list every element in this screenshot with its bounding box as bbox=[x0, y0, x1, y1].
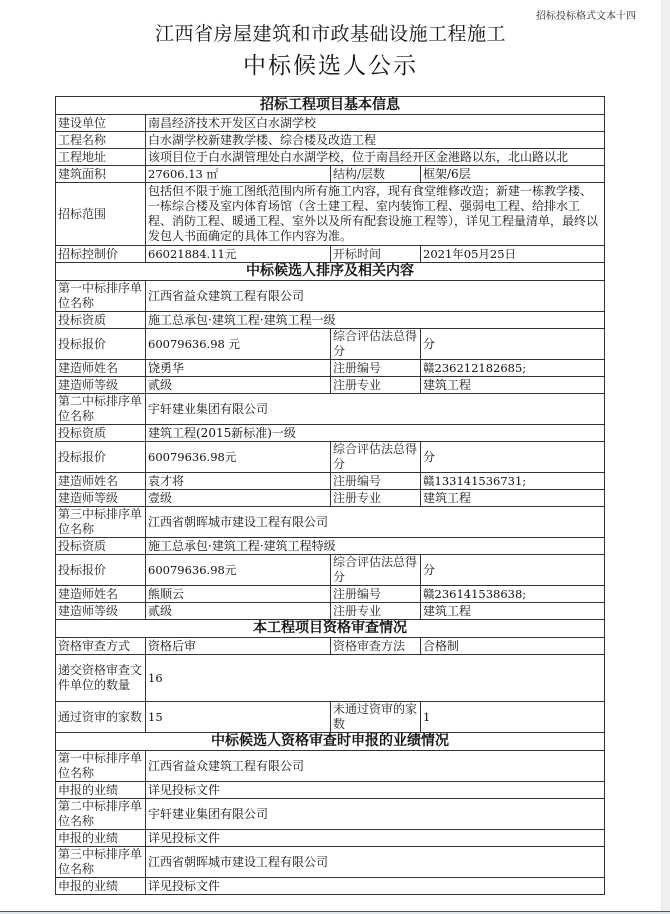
label-reg-no: 注册编号 bbox=[331, 473, 421, 490]
value-performance: 详见投标文件 bbox=[146, 878, 605, 895]
value-engineer-level: 壹级 bbox=[146, 490, 331, 507]
label-score: 综合评估法总得分 bbox=[331, 329, 421, 360]
label-performance: 申报的业绩 bbox=[56, 782, 146, 799]
table-row: 第三中标排序单位名称 江西省朝晖城市建设工程有限公司 bbox=[56, 847, 605, 878]
table-row: 递交资格审查文件单位的数量 16 bbox=[56, 655, 605, 702]
value-reg-no: 赣236212182685; bbox=[421, 360, 605, 377]
table-row: 投标资质 建筑工程(2015新标准)一级 bbox=[56, 425, 605, 442]
value-reg-major: 建筑工程 bbox=[421, 490, 605, 507]
value-company: 江西省益众建筑工程有限公司 bbox=[146, 281, 605, 312]
table-row: 申报的业绩 详见投标文件 bbox=[56, 830, 605, 847]
value-reg-major: 建筑工程 bbox=[421, 603, 605, 620]
value-engineer-name: 熊顺云 bbox=[146, 586, 331, 603]
label-performance: 申报的业绩 bbox=[56, 830, 146, 847]
value-bid-price: 60079636.98元 bbox=[146, 555, 331, 586]
label-review-method: 资格审查方式 bbox=[56, 638, 146, 655]
label-reg-major: 注册专业 bbox=[331, 603, 421, 620]
label-rank: 第三中标排序单位名称 bbox=[56, 507, 146, 538]
value-bid-price: 60079636.98元 bbox=[146, 442, 331, 473]
value-address: 该项目位于白水湖管理处白水湖学校，位于南昌经开区金港路以东，北山路以北 bbox=[146, 149, 605, 166]
value-review-method: 资格后审 bbox=[146, 638, 331, 655]
label-reg-no: 注册编号 bbox=[331, 586, 421, 603]
table-row: 建筑面积 27606.13 ㎡ 结构/层数 框架/6层 bbox=[56, 166, 605, 183]
table-row: 建设单位 南昌经济技术开发区白水湖学校 bbox=[56, 115, 605, 132]
value-review-approach: 合格制 bbox=[421, 638, 605, 655]
value-structure: 框架/6层 bbox=[421, 166, 605, 183]
value-reg-no: 赣236141538638; bbox=[421, 586, 605, 603]
label-rank: 第三中标排序单位名称 bbox=[56, 847, 146, 878]
label-project-name: 工程名称 bbox=[56, 132, 146, 149]
label-passed-count: 通过资审的家数 bbox=[56, 702, 146, 733]
label-engineer-name: 建造师姓名 bbox=[56, 473, 146, 490]
section-qualification-review: 本工程项目资格审查情况 bbox=[56, 620, 605, 638]
table-row: 资格审查方式 资格后审 资格审查方法 合格制 bbox=[56, 638, 605, 655]
table-row: 建造师等级 壹级 注册专业 建筑工程 bbox=[56, 490, 605, 507]
table-row: 第二中标排序单位名称 宇轩建业集团有限公司 bbox=[56, 799, 605, 830]
label-scope: 招标范围 bbox=[56, 183, 146, 246]
value-qualification: 施工总承包·建筑工程·建筑工程一级 bbox=[146, 312, 605, 329]
label-performance: 申报的业绩 bbox=[56, 878, 146, 895]
table-row: 第一中标排序单位名称 江西省益众建筑工程有限公司 bbox=[56, 751, 605, 782]
label-rank: 第一中标排序单位名称 bbox=[56, 281, 146, 312]
label-score: 综合评估法总得分 bbox=[331, 442, 421, 473]
value-opening-time: 2021年05月25日 bbox=[421, 246, 605, 263]
table-row: 建造师姓名 熊顺云 注册编号 赣236141538638; bbox=[56, 586, 605, 603]
section-candidates: 中标候选人排序及相关内容 bbox=[56, 263, 605, 281]
table-row: 第三中标排序单位名称 江西省朝晖城市建设工程有限公司 bbox=[56, 507, 605, 538]
label-rank: 第一中标排序单位名称 bbox=[56, 751, 146, 782]
value-reg-major: 建筑工程 bbox=[421, 377, 605, 394]
value-company: 宇轩建业集团有限公司 bbox=[146, 799, 605, 830]
table-row: 投标报价 60079636.98元 综合评估法总得分 分 bbox=[56, 442, 605, 473]
label-qualification: 投标资质 bbox=[56, 425, 146, 442]
value-qualification: 施工总承包·建筑工程·建筑工程特级 bbox=[146, 538, 605, 555]
label-bid-price: 投标报价 bbox=[56, 442, 146, 473]
label-rank: 第二中标排序单位名称 bbox=[56, 394, 146, 425]
label-rank: 第二中标排序单位名称 bbox=[56, 799, 146, 830]
value-company: 江西省益众建筑工程有限公司 bbox=[146, 751, 605, 782]
value-scope: 包括但不限于施工图纸范围内所有施工内容，现有食堂维修改造；新建一栋教学楼、一栋综… bbox=[146, 183, 605, 246]
value-score: 分 bbox=[421, 329, 605, 360]
value-passed-count: 15 bbox=[146, 702, 331, 733]
vertical-scrollbar[interactable] bbox=[661, 0, 670, 912]
section-performance: 中标候选人资格审查时申报的业绩情况 bbox=[56, 733, 605, 751]
table-row: 招标控制价 66021884.11元 开标时间 2021年05月25日 bbox=[56, 246, 605, 263]
label-opening-time: 开标时间 bbox=[331, 246, 421, 263]
label-engineer-name: 建造师姓名 bbox=[56, 360, 146, 377]
value-company: 宇轩建业集团有限公司 bbox=[146, 394, 605, 425]
table-row: 建造师等级 贰级 注册专业 建筑工程 bbox=[56, 377, 605, 394]
table-row: 申报的业绩 详见投标文件 bbox=[56, 878, 605, 895]
document-title: 江西省房屋建筑和市政基础设施工程施工 bbox=[0, 19, 661, 46]
value-submitted-count: 16 bbox=[146, 655, 605, 702]
value-control-price: 66021884.11元 bbox=[146, 246, 331, 263]
label-review-approach: 资格审查方法 bbox=[331, 638, 421, 655]
value-performance: 详见投标文件 bbox=[146, 830, 605, 847]
label-builder: 建设单位 bbox=[56, 115, 146, 132]
table-row: 第一中标排序单位名称 江西省益众建筑工程有限公司 bbox=[56, 281, 605, 312]
label-submitted-count: 递交资格审查文件单位的数量 bbox=[56, 655, 146, 702]
table-row: 申报的业绩 详见投标文件 bbox=[56, 782, 605, 799]
value-engineer-name: 袁才将 bbox=[146, 473, 331, 490]
value-engineer-level: 贰级 bbox=[146, 603, 331, 620]
label-failed-count: 未通过资审的家数 bbox=[331, 702, 421, 733]
value-engineer-name: 饶勇华 bbox=[146, 360, 331, 377]
value-score: 分 bbox=[421, 442, 605, 473]
label-reg-no: 注册编号 bbox=[331, 360, 421, 377]
label-address: 工程地址 bbox=[56, 149, 146, 166]
label-structure: 结构/层数 bbox=[331, 166, 421, 183]
label-engineer-level: 建造师等级 bbox=[56, 377, 146, 394]
table-row: 投标资质 施工总承包·建筑工程·建筑工程一级 bbox=[56, 312, 605, 329]
label-engineer-level: 建造师等级 bbox=[56, 603, 146, 620]
document-subtitle: 中标候选人公示 bbox=[0, 47, 661, 80]
label-area: 建筑面积 bbox=[56, 166, 146, 183]
label-bid-price: 投标报价 bbox=[56, 329, 146, 360]
label-engineer-level: 建造师等级 bbox=[56, 490, 146, 507]
document-page: 招标投标格式文本十四 江西省房屋建筑和市政基础设施工程施工 中标候选人公示 招标… bbox=[0, 0, 661, 912]
value-score: 分 bbox=[421, 555, 605, 586]
table-row: 投标资质 施工总承包·建筑工程·建筑工程特级 bbox=[56, 538, 605, 555]
value-failed-count: 1 bbox=[421, 702, 605, 733]
value-bid-price: 60079636.98 元 bbox=[146, 329, 331, 360]
table-row: 招标范围 包括但不限于施工图纸范围内所有施工内容，现有食堂维修改造；新建一栋教学… bbox=[56, 183, 605, 246]
label-qualification: 投标资质 bbox=[56, 312, 146, 329]
table-row: 工程地址 该项目位于白水湖管理处白水湖学校，位于南昌经开区金港路以东，北山路以北 bbox=[56, 149, 605, 166]
label-qualification: 投标资质 bbox=[56, 538, 146, 555]
label-engineer-name: 建造师姓名 bbox=[56, 586, 146, 603]
table-row: 工程名称 白水湖学校新建教学楼、综合楼及改造工程 bbox=[56, 132, 605, 149]
table-row: 建造师等级 贰级 注册专业 建筑工程 bbox=[56, 603, 605, 620]
value-area: 27606.13 ㎡ bbox=[146, 166, 331, 183]
table-row: 通过资审的家数 15 未通过资审的家数 1 bbox=[56, 702, 605, 733]
value-engineer-level: 贰级 bbox=[146, 377, 331, 394]
section-project-info: 招标工程项目基本信息 bbox=[56, 97, 605, 115]
label-score: 综合评估法总得分 bbox=[331, 555, 421, 586]
label-control-price: 招标控制价 bbox=[56, 246, 146, 263]
table-row: 投标报价 60079636.98 元 综合评估法总得分 分 bbox=[56, 329, 605, 360]
value-builder: 南昌经济技术开发区白水湖学校 bbox=[146, 115, 605, 132]
value-company: 江西省朝晖城市建设工程有限公司 bbox=[146, 847, 605, 878]
table-row: 建造师姓名 袁才将 注册编号 赣133141536731; bbox=[56, 473, 605, 490]
value-project-name: 白水湖学校新建教学楼、综合楼及改造工程 bbox=[146, 132, 605, 149]
label-bid-price: 投标报价 bbox=[56, 555, 146, 586]
value-reg-no: 赣133141536731; bbox=[421, 473, 605, 490]
value-company: 江西省朝晖城市建设工程有限公司 bbox=[146, 507, 605, 538]
label-reg-major: 注册专业 bbox=[331, 377, 421, 394]
value-qualification: 建筑工程(2015新标准)一级 bbox=[146, 425, 605, 442]
table-row: 建造师姓名 饶勇华 注册编号 赣236212182685; bbox=[56, 360, 605, 377]
announcement-table: 招标工程项目基本信息 建设单位 南昌经济技术开发区白水湖学校 工程名称 白水湖学… bbox=[55, 96, 605, 895]
table-row: 第二中标排序单位名称 宇轩建业集团有限公司 bbox=[56, 394, 605, 425]
label-reg-major: 注册专业 bbox=[331, 490, 421, 507]
value-performance: 详见投标文件 bbox=[146, 782, 605, 799]
table-row: 投标报价 60079636.98元 综合评估法总得分 分 bbox=[56, 555, 605, 586]
